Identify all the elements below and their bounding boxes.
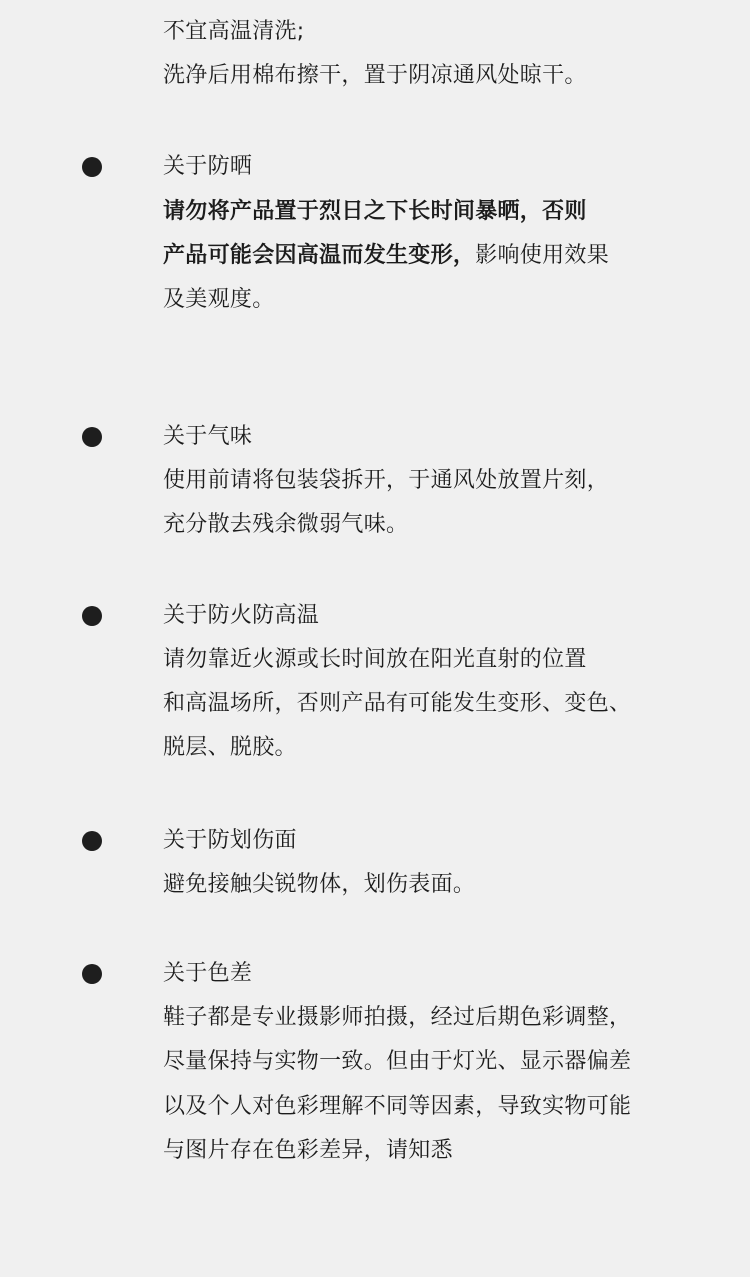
section-title-sun: 关于防晒 bbox=[163, 153, 252, 181]
section-line: 使用前请将包装袋拆开，于通风处放置片刻， bbox=[163, 467, 609, 495]
bullet-icon bbox=[82, 606, 102, 626]
bullet-icon bbox=[82, 427, 102, 447]
section-line: 尽量保持与实物一致。但由于灯光、显示器偏差 bbox=[163, 1048, 631, 1076]
section-line: 请勿靠近火源或长时间放在阳光直射的位置 bbox=[163, 646, 587, 674]
section-title-color: 关于色差 bbox=[163, 960, 252, 988]
bold-text: 请勿将产品置于烈日之下长时间暴晒，否则 bbox=[163, 199, 587, 224]
bold-text: 产品可能会因高温而发生变形， bbox=[163, 243, 475, 268]
section-line: 充分散去残余微弱气味。 bbox=[163, 511, 408, 539]
intro-line: 不宜高温清洗; bbox=[163, 18, 305, 46]
section-title-fire: 关于防火防高温 bbox=[163, 602, 319, 630]
section-line: 脱层、脱胶。 bbox=[163, 734, 297, 762]
section-line: 与图片存在色彩差异，请知悉 bbox=[163, 1137, 453, 1165]
normal-text: 影响使用效果 bbox=[475, 243, 609, 268]
section-line: 请勿将产品置于烈日之下长时间暴晒，否则 bbox=[163, 198, 587, 226]
bullet-icon bbox=[82, 964, 102, 984]
bullet-icon bbox=[82, 831, 102, 851]
section-line: 避免接触尖锐物体，划伤表面。 bbox=[163, 871, 475, 899]
normal-text: 及美观度。 bbox=[163, 287, 275, 312]
section-line: 鞋子都是专业摄影师拍摄，经过后期色彩调整， bbox=[163, 1004, 631, 1032]
section-title-scratch: 关于防划伤面 bbox=[163, 827, 297, 855]
section-title-odor: 关于气味 bbox=[163, 423, 252, 451]
section-line: 及美观度。 bbox=[163, 286, 275, 314]
section-line: 以及个人对色彩理解不同等因素，导致实物可能 bbox=[163, 1093, 631, 1121]
section-line: 产品可能会因高温而发生变形，影响使用效果 bbox=[163, 242, 609, 270]
intro-line: 洗净后用棉布擦干，置于阴凉通风处晾干。 bbox=[163, 62, 587, 90]
section-line: 和高温场所，否则产品有可能发生变形、变色、 bbox=[163, 690, 631, 718]
bullet-icon bbox=[82, 157, 102, 177]
